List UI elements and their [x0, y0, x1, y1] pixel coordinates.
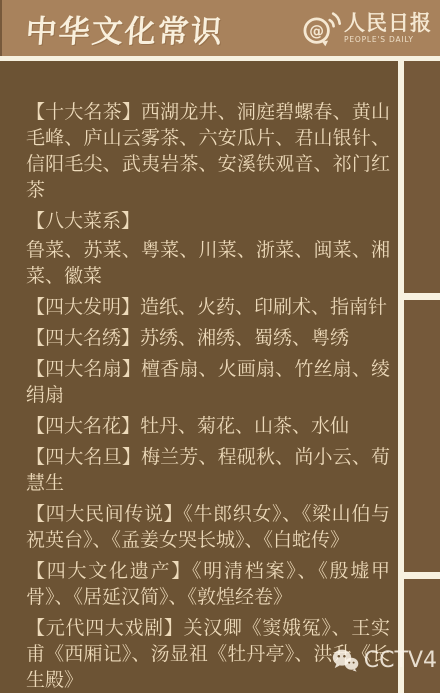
- left-edge-shadow: [0, 0, 2, 56]
- section-top-ten-teas: 【十大名茶】西湖龙井、洞庭碧螺春、黄山毛峰、庐山云雾茶、六安瓜片、君山银针、信阳…: [26, 99, 390, 203]
- fact-label: 【四大文化遗产】: [26, 560, 192, 582]
- fact-label: 【四大名花】: [26, 415, 140, 437]
- fact-label: 【八大菜系】: [26, 208, 390, 234]
- section-four-inventions: 【四大发明】造纸、火药、印刷术、指南针: [26, 294, 390, 320]
- section-four-embroideries: 【四大名绣】苏绣、湘绣、蜀绣、粤绣: [26, 325, 390, 351]
- right-panel-strip: [404, 61, 440, 693]
- header: 中华文化常识 @ 人民日报 PEOPLE'S DAILY: [0, 0, 440, 56]
- vertical-divider-line: [398, 61, 404, 693]
- section-four-flowers: 【四大名花】牡丹、菊花、山茶、水仙: [26, 413, 390, 439]
- fact-label: 【元代四大戏剧】: [26, 617, 184, 639]
- right-strip-divider-top: [404, 293, 440, 300]
- section-four-fans: 【四大名扇】檀香扇、火画扇、竹丝扇、绫绢扇: [26, 356, 390, 408]
- logo-subtitle: PEOPLE'S DAILY: [344, 36, 432, 44]
- fact-text: 苏绣、湘绣、蜀绣、粤绣: [140, 327, 349, 349]
- section-eight-cuisines: 【八大菜系】鲁菜、苏菜、粤菜、川菜、浙菜、闽菜、湘菜、徽菜: [26, 208, 390, 289]
- at-glyph: @: [309, 23, 324, 40]
- peoples-daily-logo: @ 人民日报 PEOPLE'S DAILY: [301, 8, 432, 48]
- fact-label: 【四大民间传说】: [26, 503, 183, 525]
- wechat-icon: [332, 649, 359, 672]
- fact-text: 鲁菜、苏菜、粤菜、川菜、浙菜、闽菜、湘菜、徽菜: [26, 239, 390, 287]
- fact-label: 【十大名茶】: [26, 101, 141, 123]
- right-strip-divider-bottom: [404, 572, 440, 579]
- logo-text: 人民日报 PEOPLE'S DAILY: [344, 13, 432, 44]
- section-four-cultural-heritages: 【四大文化遗产】《明清档案》、《殷墟甲骨》、《居延汉简》、《敦煌经卷》: [26, 558, 390, 610]
- section-four-dan-actors: 【四大名旦】梅兰芳、程砚秋、尚小云、荀慧生: [26, 444, 390, 496]
- fact-text: 造纸、火药、印刷术、指南针: [140, 296, 387, 318]
- culture-knowledge-card: 中华文化常识 @ 人民日报 PEOPLE'S DAILY 【十大名茶】西: [0, 0, 440, 693]
- logo-brand-name: 人民日报: [344, 13, 432, 34]
- fact-list: 【十大名茶】西湖龙井、洞庭碧螺春、黄山毛峰、庐山云雾茶、六安瓜片、君山银针、信阳…: [0, 61, 398, 693]
- watermark-text: CCTV4: [364, 648, 437, 673]
- fact-label: 【四大名旦】: [26, 446, 141, 468]
- page-title: 中华文化常识: [24, 6, 225, 51]
- fact-text: 牡丹、菊花、山茶、水仙: [140, 415, 349, 437]
- watermark: CCTV4: [332, 648, 437, 673]
- section-four-folk-legends: 【四大民间传说】《牛郎织女》、《梁山伯与祝英台》、《孟姜女哭长城》、《白蛇传》: [26, 501, 390, 553]
- fact-label: 【四大名扇】: [26, 358, 141, 380]
- fact-label: 【四大发明】: [26, 296, 140, 318]
- at-megaphone-icon: @: [301, 8, 341, 48]
- fact-label: 【四大名绣】: [26, 327, 140, 349]
